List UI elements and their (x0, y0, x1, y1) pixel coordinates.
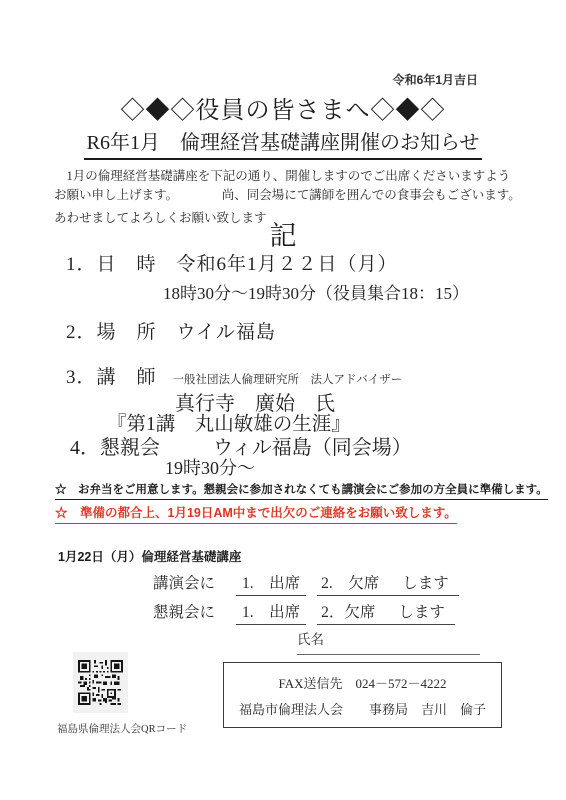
option-suffix: します (398, 600, 445, 622)
page-title: ◇◆◇役員の皆さまへ◇◆◇ (0, 90, 566, 125)
fax-box: FAX送信先 024－572－4222 福島市倫理法人会 事務局 吉川 倫子 (223, 662, 502, 728)
qr-caption: 福島県倫理法人会QRコード (57, 721, 187, 736)
item-venue: 2．場 所 ウイル福島 (66, 317, 276, 344)
notice-subtitle: R6年1月 倫理経営基礎講座開催のお知らせ (84, 126, 483, 160)
attend-option: 1. 出席 (236, 571, 306, 596)
deadline-note: ☆ 準備の都合上、1月19日AM中まで出欠のご連絡をお願い致します。 (55, 503, 457, 524)
absent-option: 2．欠席 (321, 600, 375, 622)
absent-option-group: 2. 欠席 します (317, 571, 459, 596)
name-field-line: 氏名 (297, 628, 480, 655)
issue-date: 令和6年1月吉日 (393, 71, 478, 88)
lecturer-affiliation: 一般社団法人倫理研究所 法人アドバイザー (173, 371, 403, 387)
fax-contact-line: 福島市倫理法人会 事務局 吉川 倫子 (239, 699, 486, 718)
absent-option: 2. 欠席 (321, 571, 379, 593)
item-lecturer-label: 3．講 師 (66, 362, 157, 389)
afterparty-time: 19時30分～ (165, 454, 255, 480)
bento-note: ☆ お弁当をご用意します。懇親会に参加されなくても講演会にご参加の方全員に準備し… (55, 481, 548, 500)
intro-line-2: お願い申し上げます。 尚、同会場にて講師を囲んでの食事会もございます。 (54, 186, 526, 205)
document-page: 令和6年1月吉日 ◇◆◇役員の皆さまへ◇◆◇ R6年1月 倫理経営基礎講座開催の… (0, 0, 566, 800)
qr-code (73, 652, 128, 713)
intro-line-1: 1月の倫理経営基礎講座を下記の通り、開催しますのでご出席くださいますよう (54, 167, 526, 186)
reply-row-lecture: 講演会に 1. 出席 2. 欠席 します (153, 571, 459, 596)
attend-option: 1. 出席 (236, 600, 306, 625)
qr-code-pattern (78, 660, 123, 705)
option-suffix: します (402, 571, 449, 593)
reply-row-lecture-label: 講演会に (153, 571, 215, 593)
item-datetime-hours: 18時30分～19時30分（役員集合18：15） (163, 279, 469, 304)
absent-option-group: 2．欠席 します (317, 600, 455, 625)
item-datetime: 1．日 時 令和6年1月２２日（月） (66, 249, 398, 276)
reply-form-heading: 1月22日（月）倫理経営基礎講座 (58, 547, 241, 565)
item-lecturer: 3．講 師 一般社団法人倫理研究所 法人アドバイザー (66, 362, 402, 389)
reply-row-party-label: 懇親会に (153, 600, 215, 622)
item-afterparty-label: 4．懇親会 (70, 431, 160, 460)
fax-number-line: FAX送信先 024－572－4222 (278, 673, 446, 692)
reply-row-party: 懇親会に 1. 出席 2．欠席 します (153, 600, 455, 625)
record-marker: 記 (0, 214, 566, 253)
notice-subtitle-row: R6年1月 倫理経営基礎講座開催のお知らせ (0, 126, 566, 160)
